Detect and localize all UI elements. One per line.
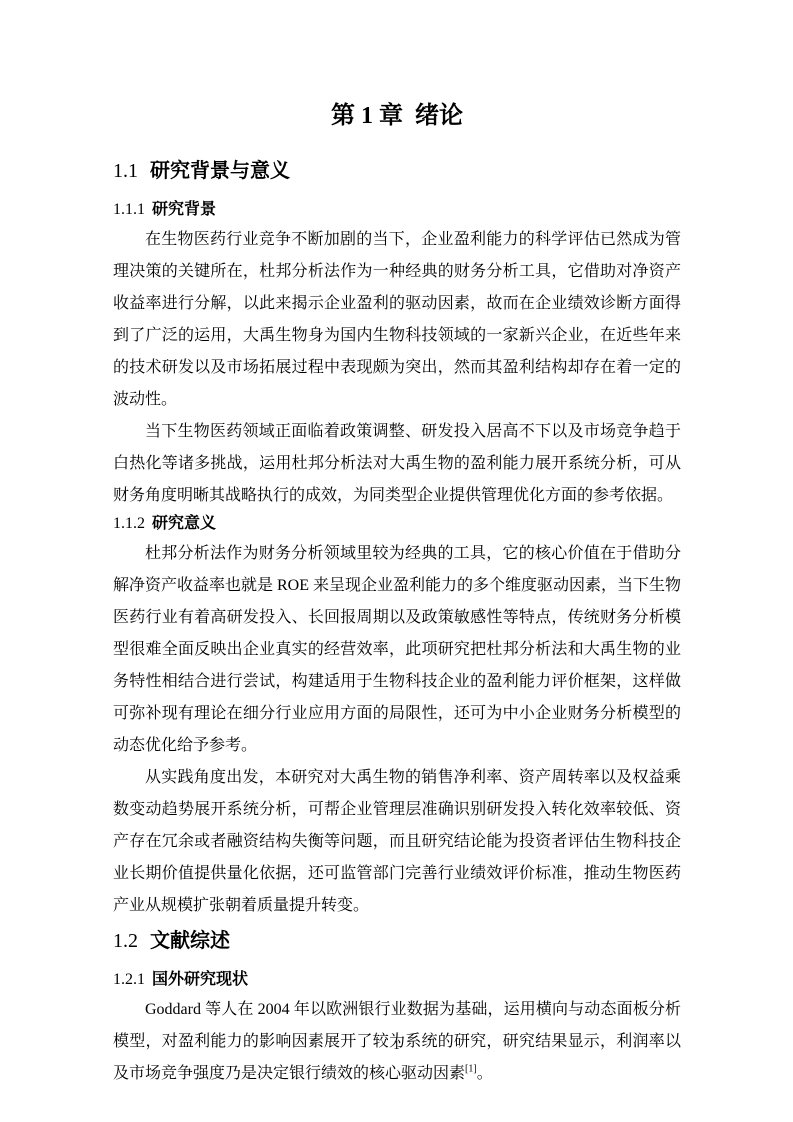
subsection-heading-1-1-1: 1.1.1研究背景 xyxy=(113,198,681,222)
chapter-number: 第 1 章 xyxy=(331,103,403,129)
chapter-title-text: 绪论 xyxy=(415,102,463,129)
chapter-title: 第 1 章绪论 xyxy=(113,98,681,134)
subsection-1-2-1-title: 国外研究现状 xyxy=(152,971,248,988)
page-number: 1 xyxy=(393,1037,400,1052)
subsection-1-1-2-title: 研究意义 xyxy=(152,515,216,532)
subsection-1-2-1-number: 1.2.1 xyxy=(113,971,145,988)
section-heading-1-2: 1.2文献综述 xyxy=(113,928,681,954)
paragraph-research-background-1: 在生物医药行业竞争不断加剧的当下，企业盈利能力的科学评估已然成为管理决策的关键所… xyxy=(113,224,681,416)
document-page: 第 1 章绪论 1.1研究背景与意义 1.1.1研究背景 在生物医药行业竞争不断… xyxy=(0,0,793,1122)
section-1-2-number: 1.2 xyxy=(113,930,138,952)
page-footer: 1 xyxy=(0,1036,793,1054)
subsection-1-1-2-number: 1.1.2 xyxy=(113,515,145,532)
paragraph-research-significance-1: 杜邦分析法作为财务分析领域里较为经典的工具，它的核心价值在于借助分解净资产收益率… xyxy=(113,538,681,762)
paragraph-research-background-2: 当下生物医药领域正面临着政策调整、研发投入居高不下以及市场竞争趋于白热化等诸多挑… xyxy=(113,416,681,512)
section-1-1-number: 1.1 xyxy=(113,160,138,182)
subsection-heading-1-1-2: 1.1.2研究意义 xyxy=(113,512,681,536)
paragraph-research-significance-2: 从实践角度出发，本研究对大禹生物的销售净利率、资产周转率以及权益乘数变动趋势展开… xyxy=(113,762,681,922)
subsection-1-1-1-title: 研究背景 xyxy=(152,201,216,218)
section-1-2-title: 文献综述 xyxy=(150,930,230,952)
citation-ref-1: [1] xyxy=(465,1064,477,1075)
section-1-1-title: 研究背景与意义 xyxy=(150,160,290,182)
literature-text-end: 。 xyxy=(477,1065,493,1082)
subsection-heading-1-2-1: 1.2.1国外研究现状 xyxy=(113,968,681,992)
subsection-1-1-1-number: 1.1.1 xyxy=(113,201,145,218)
section-heading-1-1: 1.1研究背景与意义 xyxy=(113,158,681,184)
